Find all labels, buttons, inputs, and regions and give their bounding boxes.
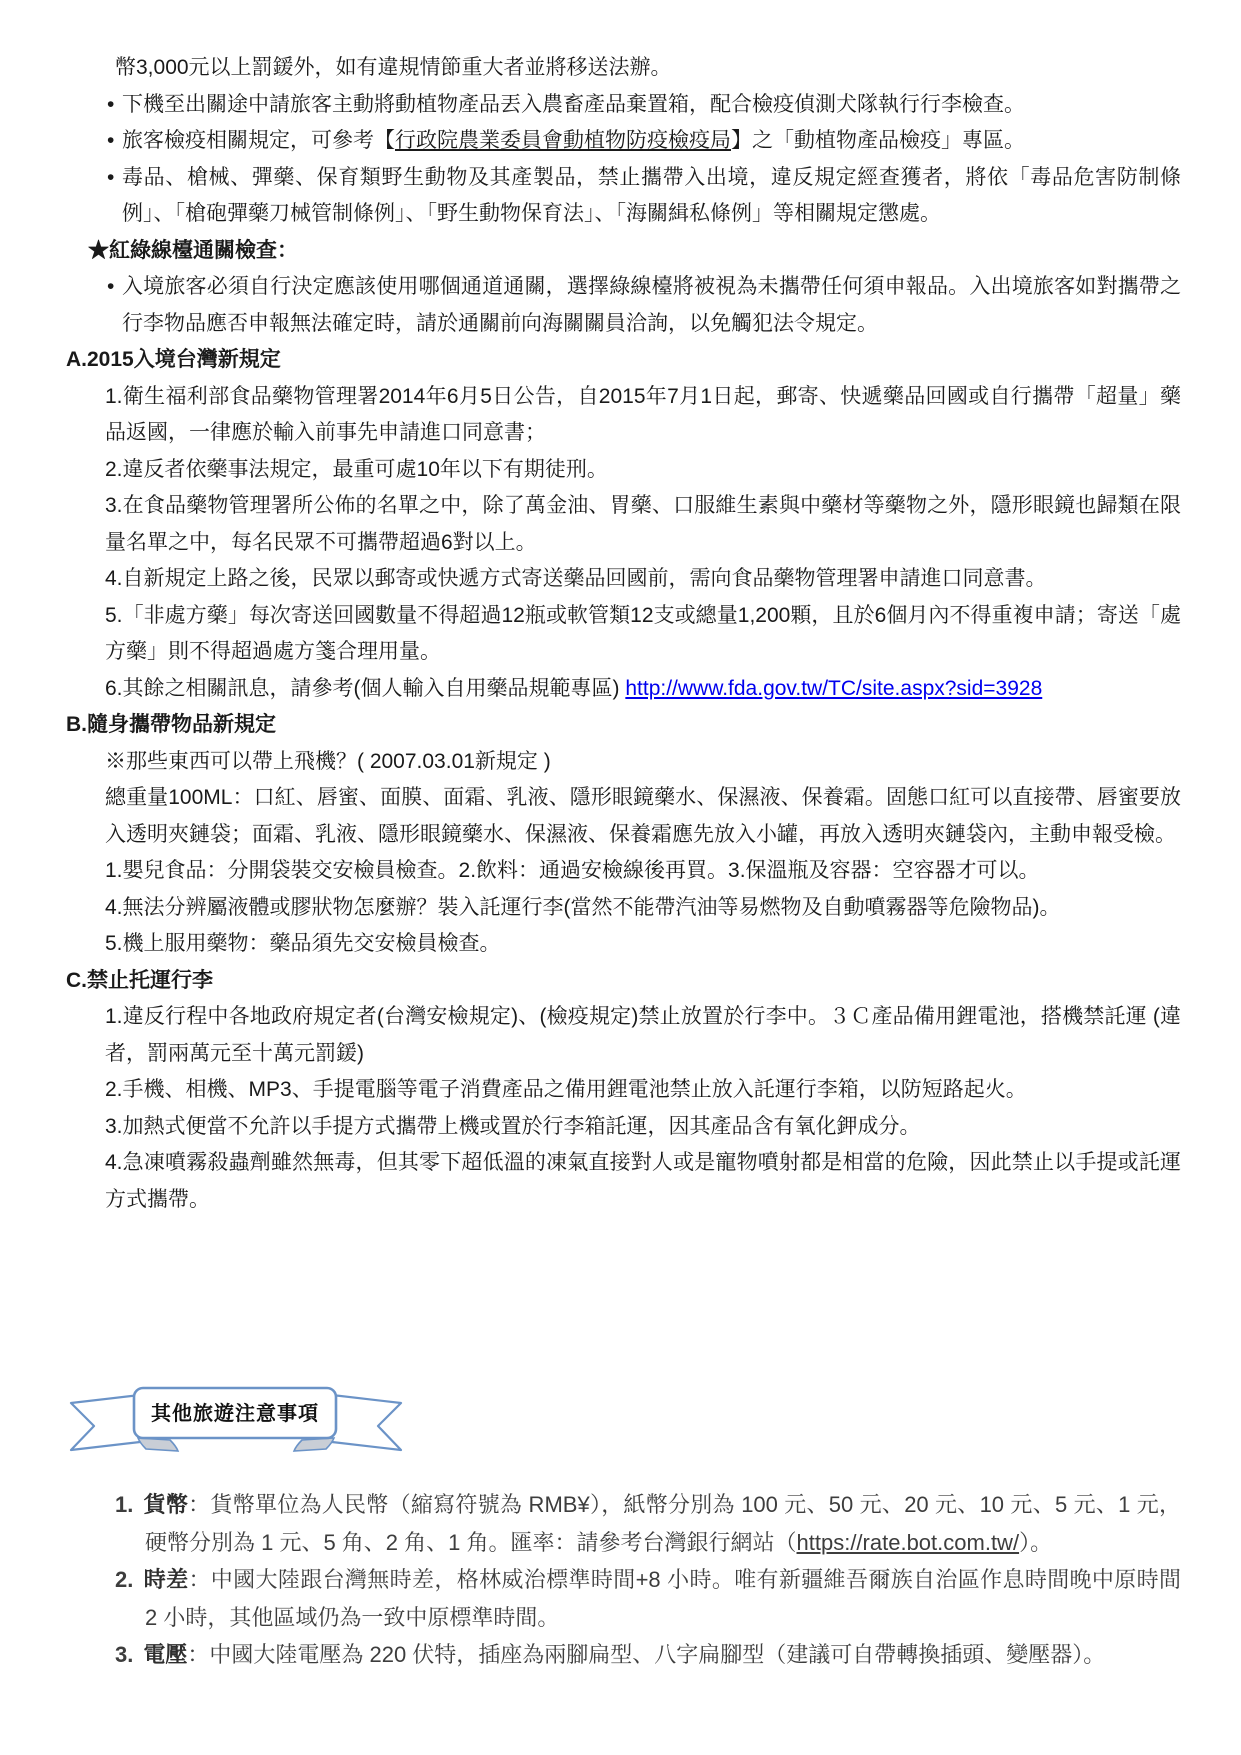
note-number: 3.: [115, 1642, 133, 1667]
section-b-item-5: 5.機上服用藥物：藥品須先交安檢員檢查。: [105, 926, 1181, 963]
note-text: ：中國大陸電壓為 220 伏特，插座為兩腳扁型、八字扁腳型（建議可自帶轉換插頭、…: [187, 1642, 1105, 1667]
note-text-post: ）。: [1019, 1530, 1052, 1555]
section-a-item-3: 3.在食品藥物管理署所公佈的名單之中，除了萬金油、胃藥、口服維生素與中藥材等藥物…: [105, 488, 1181, 561]
note-currency: 1.貨幣：貨幣單位為人民幣（縮寫符號為 RMB¥），紙幣分別為 100 元、50…: [115, 1486, 1181, 1561]
bullet-icon: •: [107, 87, 114, 124]
note-number: 2.: [115, 1567, 133, 1592]
note-number: 1.: [115, 1492, 133, 1517]
section-a-heading: A.2015入境台灣新規定: [66, 342, 1181, 379]
section-a-item-5: 5.「非處方藥」每次寄送回國數量不得超過12瓶或軟管類12支或總量1,200顆，…: [105, 598, 1181, 671]
section-b-item-1: ※那些東西可以帶上飛機？( 2007.03.01新規定 ): [105, 744, 1181, 781]
intro-continuation-line: 幣3,000元以上罰鍰外，如有違規情節重大者並將移送法辦。: [115, 50, 1181, 87]
document-page: 幣3,000元以上罰鍰外，如有違規情節重大者並將移送法辦。 •下機至出關途中請旅…: [0, 0, 1241, 1755]
bullet-icon: •: [107, 160, 114, 197]
section-a-item-6: 6.其餘之相關訊息，請參考(個人輸入自用藥品規範專區) http://www.f…: [105, 671, 1181, 708]
link-fda-url[interactable]: http://www.fda.gov.tw/TC/site.aspx?sid=3…: [625, 677, 1042, 700]
bullet-text: 下機至出關途中請旅客主動將動植物產品丟入農畜產品棄置箱，配合檢疫偵測犬隊執行行李…: [122, 93, 1025, 116]
link-bot-rate-url[interactable]: https://rate.bot.com.tw/: [797, 1530, 1020, 1555]
note-label: 時差: [143, 1567, 188, 1592]
channel-choice-bullet: •入境旅客必須自行決定應該使用哪個通道通關，選擇綠線檯將被視為未攜帶任何須申報品…: [122, 269, 1181, 342]
section-a-item-2: 2.違反者依藥事法規定，最重可處10年以下有期徒刑。: [105, 452, 1181, 489]
section-b-item-4: 4.無法分辨屬液體或膠狀物怎麼辦？裝入託運行李(當然不能帶汽油等易燃物及自動噴霧…: [105, 890, 1181, 927]
red-green-channel-heading: ★紅綠線檯通關檢查：: [88, 233, 1181, 270]
bullet-text-post: 】之「動植物產品檢疫」專區。: [731, 129, 1025, 152]
section-b-heading: B.隨身攜帶物品新規定: [66, 707, 1181, 744]
note-label: 貨幣: [143, 1492, 188, 1517]
intro-bullet-prohibited-items: •毒品、槍械、彈藥、保育類野生動物及其產製品，禁止攜帶入出境，違反規定經查獲者，…: [122, 160, 1181, 233]
note-voltage: 3.電壓：中國大陸電壓為 220 伏特，插座為兩腳扁型、八字扁腳型（建議可自帶轉…: [115, 1636, 1181, 1674]
section-a-item-6-text: 6.其餘之相關訊息，請參考(個人輸入自用藥品規範專區): [105, 677, 625, 700]
section-c-item-3: 3.加熱式便當不允許以手提方式攜帶上機或置於行李箱託運，因其產品含有氧化鉀成分。: [105, 1109, 1181, 1146]
bullet-icon: •: [107, 269, 114, 306]
section-c-item-4: 4.急凍噴霧殺蟲劑雖然無毒，但其零下超低溫的凍氣直接對人或是寵物噴射都是相當的危…: [105, 1145, 1181, 1218]
section-b-item-3: 1.嬰兒食品：分開袋裝交安檢員檢查。2.飲料：通過安檢線後再買。3.保溫瓶及容器…: [105, 853, 1181, 890]
note-text: ：中國大陸跟台灣無時差，格林威治標準時間+8 小時。唯有新疆維吾爾族自治區作息時…: [145, 1567, 1181, 1630]
section-b-item-2: 總重量100ML：口紅、唇蜜、面膜、面霜、乳液、隱形眼鏡藥水、保濕液、保養霜。固…: [105, 780, 1181, 853]
section-c-item-2: 2.手機、相機、MP3、手提電腦等電子消費產品之備用鋰電池禁止放入託運行李箱，以…: [105, 1072, 1181, 1109]
intro-bullet-baggage-check: •下機至出關途中請旅客主動將動植物產品丟入農畜產品棄置箱，配合檢疫偵測犬隊執行行…: [122, 87, 1181, 124]
bullet-text: 毒品、槍械、彈藥、保育類野生動物及其產製品，禁止攜帶入出境，違反規定經查獲者，將…: [122, 166, 1181, 226]
ribbon-banner: 其他旅遊注意事項: [68, 1386, 404, 1460]
note-time-difference: 2.時差：中國大陸跟台灣無時差，格林威治標準時間+8 小時。唯有新疆維吾爾族自治…: [115, 1561, 1181, 1636]
section-c-item-1: 1.違反行程中各地政府規定者(台灣安檢規定)、(檢疫規定)禁止放置於行李中。３Ｃ…: [105, 999, 1181, 1072]
other-travel-notes-list: 1.貨幣：貨幣單位為人民幣（縮寫符號為 RMB¥），紙幣分別為 100 元、50…: [66, 1486, 1181, 1674]
bullet-text: 入境旅客必須自行決定應該使用哪個通道通關，選擇綠線檯將被視為未攜帶任何須申報品。…: [122, 275, 1181, 335]
section-a-item-4: 4.自新規定上路之後，民眾以郵寄或快遞方式寄送藥品回國前，需向食品藥物管理署申請…: [105, 561, 1181, 598]
link-quarantine-bureau[interactable]: 行政院農業委員會動植物防疫檢疫局: [395, 129, 731, 152]
section-a-item-1: 1.衛生福利部食品藥物管理署2014年6月5日公告，自2015年7月1日起，郵寄…: [105, 379, 1181, 452]
ribbon-title: 其他旅遊注意事項: [136, 1390, 334, 1438]
bullet-icon: •: [107, 123, 114, 160]
intro-bullet-quarantine-info: •旅客檢疫相關規定，可參考【行政院農業委員會動植物防疫檢疫局】之「動植物產品檢疫…: [122, 123, 1181, 160]
bullet-text-pre: 旅客檢疫相關規定，可參考【: [122, 129, 395, 152]
note-label: 電壓: [143, 1642, 187, 1667]
section-c-heading: C.禁止托運行李: [66, 963, 1181, 1000]
